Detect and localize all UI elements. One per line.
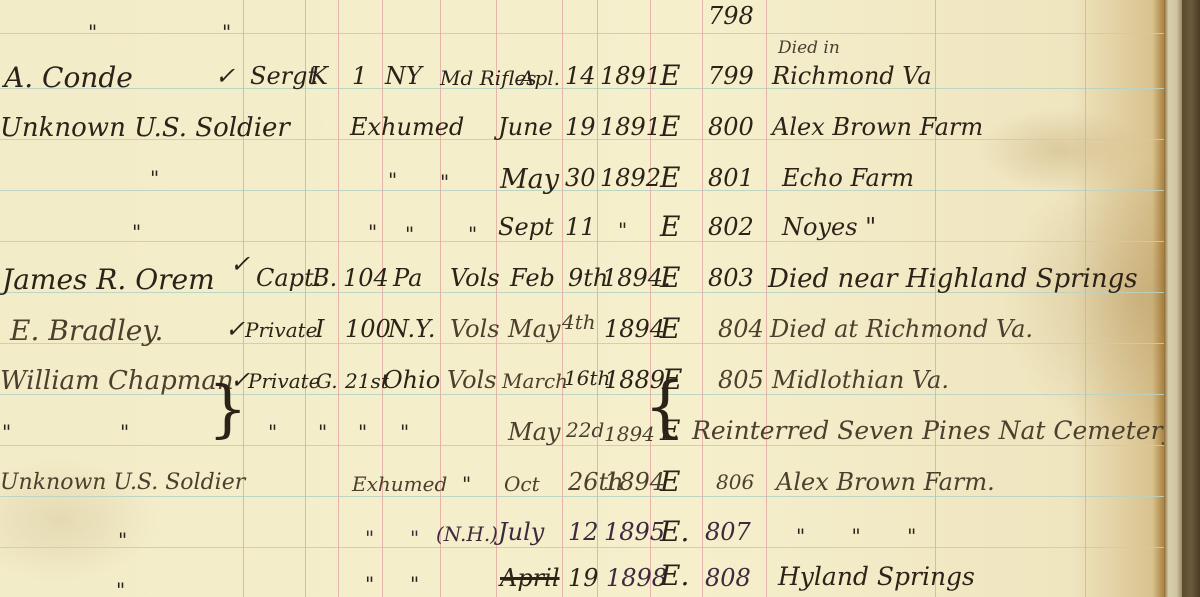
remarks: Noyes ": [782, 215, 876, 239]
grave-number: 805: [718, 368, 764, 392]
soldier-name: William Chapman: [0, 368, 234, 394]
state: N.Y.: [388, 317, 435, 341]
grave-number: 804: [718, 317, 764, 341]
remarks: Alex Brown Farm.: [776, 470, 995, 494]
grave-number: 803: [708, 266, 754, 290]
rank: Sergt: [250, 64, 317, 88]
ditto-mark: ": [222, 22, 231, 42]
date-month: Feb: [510, 266, 555, 290]
grave-number: 808: [705, 566, 751, 590]
company: G.: [316, 371, 338, 391]
date-month: Sept: [498, 215, 554, 239]
disposition: Exhumed: [352, 474, 447, 494]
rule-line: [0, 496, 1164, 497]
check-mark: ✓: [225, 317, 245, 341]
ditto-mark: ": [400, 422, 409, 442]
date-year: 1894: [604, 317, 665, 341]
disposition: Exhumed: [350, 115, 464, 139]
column-rule: [702, 0, 703, 597]
section-letter: E: [660, 468, 680, 496]
soldier-name: A. Conde: [4, 64, 133, 92]
date-year: 1891: [600, 115, 661, 139]
remarks: Reinterred Seven Pines Nat Cemetery: [692, 418, 1164, 443]
date-year: 1892: [600, 166, 661, 190]
remarks: Died near Highland Springs: [768, 266, 1138, 292]
grave-number: 802: [708, 215, 754, 239]
section-letter: E.: [660, 562, 689, 590]
ditto-remarks: " " ": [796, 526, 916, 546]
column-rule: [382, 0, 383, 597]
ditto-mark: ": [388, 170, 397, 190]
ditto-mark: ": [268, 422, 277, 442]
arm-of-service: Vols: [447, 368, 497, 392]
regiment: 1: [352, 64, 367, 88]
arm-of-service: Vols: [450, 317, 500, 341]
company: K: [310, 64, 328, 88]
section-letter: E: [660, 315, 680, 343]
arm-of-service: Vols: [450, 266, 500, 290]
grave-number: 798: [708, 4, 754, 28]
column-rule: [562, 0, 563, 597]
grave-number: 799: [708, 64, 754, 88]
remarks-note: Died in: [778, 40, 840, 57]
section-letter: E: [660, 213, 680, 241]
soldier-name: Unknown U.S. Soldier: [0, 472, 245, 494]
rule-line: [0, 343, 1164, 344]
section-letter: E.: [660, 518, 689, 546]
date-month: Oct: [504, 474, 540, 494]
soldier-name: E. Bradley.: [10, 317, 163, 345]
date-day: 14: [565, 64, 596, 88]
rank: Private: [248, 371, 321, 391]
date-day: 19: [568, 566, 599, 590]
date-day: 22d: [566, 420, 604, 440]
column-rule: [597, 0, 598, 597]
date-month: May: [508, 317, 560, 341]
ditto-mark: ": [365, 574, 374, 594]
grave-number: 800: [708, 115, 754, 139]
ditto-mark: ": [132, 222, 141, 242]
ditto-mark: ": [462, 474, 471, 494]
rule-line: [0, 33, 1164, 34]
date-day: 30: [565, 166, 596, 190]
date-month: March: [502, 371, 568, 391]
section-letter: E: [660, 62, 680, 90]
ditto-mark: ": [358, 422, 367, 442]
remarks: Echo Farm: [782, 166, 914, 190]
ditto-mark: ": [365, 528, 374, 548]
book-binding: [1182, 0, 1200, 597]
column-rule: [935, 0, 936, 597]
brace-mark: }: [208, 372, 247, 445]
section-letter: E: [660, 113, 680, 141]
ditto-mark: ": [2, 422, 11, 442]
rule-line: [0, 547, 1164, 548]
grave-number: 807: [705, 520, 751, 544]
section-letter: E: [660, 417, 680, 445]
ditto-mark: ": [120, 422, 129, 442]
ditto-mark: ": [368, 222, 377, 242]
state: Pa: [393, 266, 422, 290]
section-letter: E: [660, 164, 680, 192]
ditto-mark: ": [410, 528, 419, 548]
date-month: Apl.: [520, 68, 560, 88]
date-month: June: [498, 115, 553, 139]
remarks: Alex Brown Farm: [772, 115, 983, 139]
ditto-mark: ": [410, 574, 419, 594]
date-day: 4th: [562, 312, 596, 332]
date-day: 11: [565, 215, 596, 239]
company: B.: [312, 266, 337, 290]
check-mark: ✓: [215, 64, 235, 88]
rank: Private: [245, 320, 318, 340]
remarks: Midlothian Va.: [772, 368, 949, 392]
column-rule: [338, 0, 339, 597]
rule-line: [0, 241, 1164, 242]
date-year: 1898: [606, 566, 667, 590]
check-mark: ✓: [230, 252, 250, 276]
section-letter: E: [660, 264, 680, 292]
date-year: 1891: [600, 64, 661, 88]
date-month: May: [508, 420, 560, 444]
grave-number: 801: [708, 166, 754, 190]
rule-line: [0, 445, 1164, 446]
state: Ohio: [383, 368, 440, 392]
ditto-mark: ": [468, 224, 477, 244]
ditto-mark: ": [318, 422, 327, 442]
grave-number: 806: [716, 472, 754, 492]
ledger-page: " " 798 A. Conde ✓ Sergt K 1 NY Md Rifle…: [0, 0, 1164, 597]
remarks: Richmond Va: [772, 64, 932, 88]
ditto-mark: ": [150, 168, 159, 188]
soldier-name: James R. Orem: [2, 266, 215, 294]
date-year: 1894: [604, 424, 655, 444]
remarks: Hyland Springs: [778, 564, 975, 589]
annotation: (N.H.): [436, 524, 498, 544]
ditto-mark: ": [405, 224, 414, 244]
date-year: 1895: [604, 520, 665, 544]
date-year: 1894: [604, 470, 665, 494]
company: I: [315, 317, 324, 341]
column-rule: [243, 0, 244, 597]
state: NY: [385, 64, 422, 88]
ditto-mark: ": [88, 22, 97, 42]
date-year: ": [618, 220, 627, 240]
column-rule: [766, 0, 767, 597]
soldier-name: Unknown U.S. Soldier: [0, 115, 290, 141]
ditto-mark: ": [118, 530, 127, 550]
date-month: May: [500, 166, 559, 193]
ditto-mark: ": [440, 172, 449, 192]
date-month-struck: April: [500, 566, 560, 590]
column-rule: [1085, 0, 1086, 597]
regiment: 104: [343, 266, 389, 290]
regiment: 100: [345, 317, 391, 341]
date-month: July: [498, 520, 544, 544]
date-day: 19: [565, 115, 596, 139]
remarks: Died at Richmond Va.: [770, 317, 1033, 341]
page-edge: [1164, 0, 1182, 597]
date-day: 12: [568, 520, 599, 544]
ditto-mark: ": [116, 580, 125, 597]
